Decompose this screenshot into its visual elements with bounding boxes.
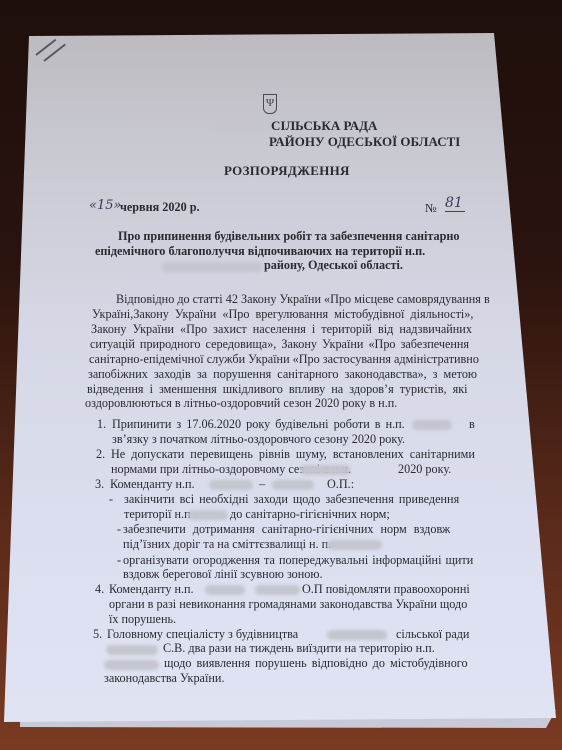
- subitem-1-line: до санітарно-гігієнічних норм;: [230, 507, 390, 522]
- item-4-line: Коменданту н.п.: [109, 582, 194, 597]
- subitem-dash: -: [109, 492, 113, 507]
- redacted-place: [327, 540, 382, 550]
- item-2-line: Не допускати перевищень рівнів шуму, вст…: [111, 447, 475, 462]
- redacted-name: [272, 480, 314, 490]
- item-5-line: С.В. два рази на тиждень виїздити на тер…: [163, 641, 435, 656]
- number-label: №: [425, 201, 437, 216]
- item-number: 5.: [93, 627, 102, 642]
- subitem-1-line: території н.п .: [124, 507, 197, 522]
- item-3-dash: –: [259, 477, 265, 492]
- item-5-line: Головному спеціалісту з будівництва: [107, 627, 298, 642]
- date-month-year: червня 2020 р.: [120, 200, 200, 215]
- preamble-line: ситуацій природного середовища», Закону …: [90, 337, 469, 352]
- item-1-line: Припинити з 17.06.2020 року будівельні р…: [112, 417, 405, 432]
- item-5-line: законодавства України.: [104, 671, 224, 686]
- item-number: 1.: [97, 417, 106, 432]
- document-type: РОЗПОРЯДЖЕННЯ: [224, 163, 350, 179]
- subitem-2-line: забезпечити дотримання санітарно-гігієні…: [123, 522, 450, 537]
- item-3-line: О.П.:: [327, 477, 354, 492]
- subitem-dash: -: [117, 553, 121, 568]
- item-number: 3.: [95, 477, 104, 492]
- redacted-name: [106, 645, 158, 655]
- redacted-name: [255, 585, 300, 595]
- preamble-line: запобіжних заходів за порушення санітарн…: [88, 367, 477, 382]
- subitem-2-line: під’їзних доріг та на сміттєзвалищі н. п…: [123, 537, 331, 552]
- preamble-line: відведення і зменшення шкідливого впливу…: [87, 382, 468, 397]
- title-line-2: епідемічного благополуччя відпочиваючих …: [95, 244, 425, 259]
- item-2-line: 2020 року.: [398, 462, 451, 477]
- item-4-line: О.П повідомляти правоохоронні: [302, 582, 470, 597]
- redacted-place: [300, 465, 350, 475]
- item-4-line: органи в разі невиконання громадянами за…: [109, 597, 467, 612]
- item-3-line: Коменданту н.п.: [110, 477, 195, 492]
- item-number: 4.: [95, 582, 104, 597]
- district-name: РАЙОНУ ОДЕСЬКОЇ ОБЛАСТІ: [269, 134, 460, 150]
- subitem-1-line: закінчити всі необхідні заходи щодо забе…: [124, 492, 459, 507]
- document-content: Ψ СІЛЬСЬКА РАДА РАЙОНУ ОДЕСЬКОЇ ОБЛАСТІ …: [0, 0, 562, 750]
- item-number: 2.: [96, 447, 105, 462]
- item-5-line: сільської ради: [396, 627, 469, 642]
- redacted-place: [412, 420, 452, 430]
- preamble-line: санітарно-епідемічної служби України «Пр…: [89, 352, 479, 367]
- handwritten-day: «15»: [89, 198, 121, 213]
- subitem-dash: -: [117, 522, 121, 537]
- redacted-place: [205, 585, 245, 595]
- handwritten-number: 81: [445, 195, 465, 212]
- redacted-place: [162, 262, 262, 272]
- preamble-line: Україні,Закону України «Про врегулювання…: [92, 307, 473, 322]
- redacted-place: [104, 660, 159, 670]
- item-5-line: щодо виявлення порушень відповідно до мі…: [164, 656, 468, 671]
- item-4-line: їх порушень.: [109, 612, 176, 627]
- item-1-line: зв’язку з початком літньо-оздоровчого се…: [112, 432, 405, 447]
- redacted-village-name: [212, 124, 270, 130]
- council-name: СІЛЬСЬКА РАДА: [271, 118, 377, 134]
- subitem-3-line: організувати огородження та попереджувал…: [123, 553, 473, 568]
- preamble-line: Відповідно до статті 42 Закону України «…: [116, 292, 490, 307]
- redacted-place: [188, 510, 228, 520]
- redacted-village: [327, 630, 387, 640]
- subitem-3-line: вздовж берегової лінії зсувною зоною.: [123, 567, 323, 582]
- preamble-line: оздоровлюються в літньо-оздоровчий сезон…: [85, 396, 397, 411]
- title-line-1: Про припинення будівельних робіт та забе…: [118, 229, 460, 244]
- item-1-tail: в: [469, 417, 475, 432]
- redacted-place: [209, 480, 253, 490]
- title-line-3: району, Одеської області.: [264, 258, 403, 273]
- trident-emblem-icon: Ψ: [263, 94, 277, 114]
- preamble-line: Закону України «Про захист населення і т…: [91, 322, 472, 337]
